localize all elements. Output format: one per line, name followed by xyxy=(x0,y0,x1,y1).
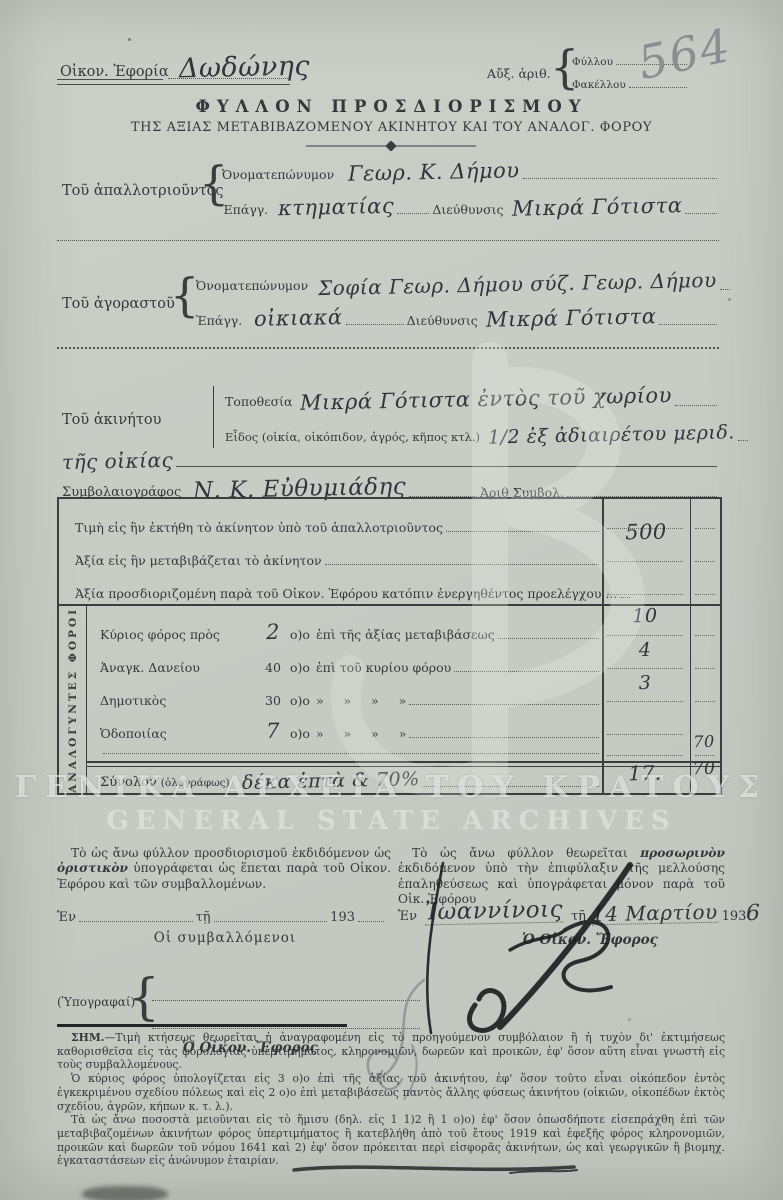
property-kind-line: Εἶδος (οἰκία, οἰκόπιδον, ἀγρός, κῆπος κτ… xyxy=(225,418,720,444)
office-line: Οἰκον. Ἐφορία Δωδώνης xyxy=(60,50,310,80)
property-section-label: Τοῦ ἀκινήτου xyxy=(62,412,161,428)
section-divider-dotted xyxy=(57,240,719,241)
signatures-label: (Ὑπογραφαί) xyxy=(57,995,135,1009)
form-subtitle: ΤΗΣ ΑΞΙΑΣ ΜΕΤΑΒΙΒΑΖΟΜΕΝΟΥ ΑΚΙΝΗΤΟΥ ΚΑΙ Τ… xyxy=(0,120,783,135)
tax-amount-handwritten: 3 xyxy=(607,674,683,693)
ti-label: τῇ xyxy=(196,910,211,925)
certify-left-pre: Τὸ ὡς ἄνω φύλλον προσδιορισμοῦ ἐκδιδόμεν… xyxy=(71,846,391,860)
property-location-handwritten: Μικρά Γότιστα ἐντὸς τοῦ χωρίου xyxy=(300,386,672,413)
tax-unit: ο)ο xyxy=(290,693,310,708)
file-number-handwritten: 564 xyxy=(635,25,735,85)
total-label-paren: (ὁλογράφως) xyxy=(161,777,230,789)
kind-label: Εἶδος (οἰκία, οἰκόπιδον, ἀγρός, κῆπος κτ… xyxy=(225,430,480,444)
tax-name: Κύριος φόρος πρὸς xyxy=(100,627,258,642)
solid-line xyxy=(176,466,717,467)
row-label: Ἀξία προσδιοριζομένη παρὰ τοῦ Οἰκον. Ἐφό… xyxy=(75,586,617,601)
dotted-leader xyxy=(103,753,599,754)
tax-name: Δημοτικὸς xyxy=(100,693,258,708)
year-label: 193 xyxy=(722,909,747,924)
property-kind-cont-handwritten: τῆς οἰκίας xyxy=(62,451,174,471)
dotted-leader xyxy=(79,921,193,922)
buyer-name-handwritten: Σοφία Γεωρ. Δήμου σύζ. Γεωρ. Δήμου xyxy=(318,271,717,297)
sheet-label: Φύλλου xyxy=(572,56,613,68)
cents-dotted xyxy=(695,668,715,669)
note-paragraph: ΣΗΜ.—Τιμὴ κτήσεως θεωρεῖται ἡ ἀναγραφομέ… xyxy=(57,1031,725,1072)
buyer-occupation-handwritten: οἰκιακά xyxy=(254,308,343,329)
total-row: Σύνολον (ὁλογράφως) δέκα ἑπτὰ & 70% xyxy=(86,765,602,790)
dotted-leader xyxy=(358,921,384,922)
strike-mark xyxy=(290,1158,580,1180)
note-label: ΣΗΜ. xyxy=(71,1031,105,1044)
note-p1: —Τιμὴ κτήσεως θεωρεῖται ἡ ἀναγραφομένη ε… xyxy=(57,1031,725,1071)
tax-row: Κύριος φόρος πρὸς 2 ο)ο ἐπὶ τῆς ἀξίας με… xyxy=(86,612,602,642)
side-label-cell: ΑΝΑΛΟΓΥΝΤΕΣ ΦΟΡΟΙ xyxy=(59,606,87,793)
aux-number-label: Αὔξ. ἀριθ. xyxy=(487,66,551,81)
note-block: ΣΗΜ.—Τιμὴ κτήσεως θεωρεῖται ἡ ἀναγραφομέ… xyxy=(57,1031,725,1168)
seller-occupation-line: Ἐπάγγ. κτηματίας Διεύθυνσις Μικρά Γότιστ… xyxy=(222,192,720,217)
dotted-leader xyxy=(346,324,404,325)
cents-dotted xyxy=(695,701,715,702)
leader-row xyxy=(86,737,602,757)
dotted-leader xyxy=(422,786,599,787)
dotted-leader xyxy=(738,440,748,441)
form-title: ΦΥΛΛΟΝ ΠΡΟΣΔΙΟΡΙΣΜΟΥ xyxy=(0,97,783,116)
cents-dotted xyxy=(695,528,715,529)
seller-address-handwritten: Μικρά Γότιστα xyxy=(511,196,682,218)
dotted-leader xyxy=(454,671,599,672)
watermark-text-english: GENERAL STATE ARCHIVES xyxy=(0,806,783,836)
tax-rate-handwritten: 2 xyxy=(258,623,288,643)
dotted-leader xyxy=(675,405,717,406)
office-underline-2 xyxy=(57,84,290,85)
note-p2: Ὁ κύριος φόρος ὑπολογίζεται εἰς 3 ο)ο ἐπ… xyxy=(57,1072,725,1112)
total-words-handwritten: δέκα ἑπτὰ & 70% xyxy=(241,771,419,792)
value-dotted xyxy=(607,594,683,595)
certify-left-bold: ὁριστικὸν xyxy=(57,861,128,875)
tax-rate: 30 xyxy=(258,693,288,708)
value-dotted xyxy=(607,701,683,702)
row-label: Ἀξία εἰς ἣν μεταβιβάζεται τὸ ἀκίνητον xyxy=(75,553,322,568)
office-underline xyxy=(57,79,163,80)
year-suffix-handwritten: 6 xyxy=(746,904,761,924)
tax-cents-handwritten: 70 xyxy=(691,735,717,750)
dotted-leader xyxy=(685,213,717,214)
location-label: Τοποθεσία xyxy=(225,394,292,409)
name-label: Ὀνοματεπώνυμον xyxy=(222,167,334,182)
table-row: Ἀξία προσδιοριζομένη παρὰ τοῦ Οἰκον. Ἐφό… xyxy=(59,571,602,601)
address-label: Διεύθυνσις xyxy=(407,313,478,328)
tax-rate: 40 xyxy=(258,660,288,675)
dotted-leader xyxy=(523,178,717,179)
cents-dotted xyxy=(695,594,715,595)
dotted-leader xyxy=(214,921,328,922)
signatures-brace: { xyxy=(128,972,160,1022)
table-row: Τιμὴ εἰς ἣν ἐκτήθη τὸ ἀκίνητον ὑπὸ τοῦ ἀ… xyxy=(59,505,602,535)
note-heavy-rule xyxy=(57,1024,347,1027)
tax-basis: ἐπὶ τῆς ἀξίας μεταβιβάσεως xyxy=(316,627,495,642)
tax-row: Ἀναγκ. Δανείου 40 ο)ο ἐπὶ τοῦ κυρίου φόρ… xyxy=(86,645,602,675)
row-label: Τιμὴ εἰς ἣν ἐκτήθη τὸ ἀκίνητον ὑπὸ τοῦ ἀ… xyxy=(75,520,443,535)
tax-amount-handwritten: 10 xyxy=(607,607,683,626)
address-label: Διεύθυνσις xyxy=(432,202,503,217)
year-label: 193 xyxy=(330,910,355,925)
buyer-occupation-line: Ἐπάγγ. οἰκιακά Διεύθυνσις Μικρά Γότιστα xyxy=(196,303,720,328)
total-label: Σύνολον xyxy=(100,775,157,790)
tax-row: Δημοτικὸς 30 ο)ο » » » » xyxy=(86,678,602,708)
value-dotted xyxy=(607,561,683,562)
date-line-left: Ἐν τῇ 193 xyxy=(57,905,387,925)
scan-speck xyxy=(128,38,131,41)
property-location-line: Τοποθεσία Μικρά Γότιστα ἐντὸς τοῦ χωρίου xyxy=(225,383,720,409)
value-dotted xyxy=(607,734,683,735)
en-label: Ἐν xyxy=(57,910,76,925)
value-dotted xyxy=(607,668,683,669)
occupation-label: Ἐπάγγ. xyxy=(196,313,242,328)
cents-dotted xyxy=(695,561,715,562)
dotted-leader xyxy=(498,638,599,639)
total-value-handwritten: 17. xyxy=(607,763,683,783)
value-dotted xyxy=(607,755,683,756)
section-divider-dotted xyxy=(57,347,719,349)
table-section-separator xyxy=(59,604,720,606)
buyer-address-handwritten: Μικρά Γότιστα xyxy=(486,307,657,329)
dotted-leader xyxy=(720,289,730,290)
seller-occupation-handwritten: κτηματίας xyxy=(278,197,394,218)
note-paragraph: Ὁ κύριος φόρος ὑπολογίζεται εἰς 3 ο)ο ἐπ… xyxy=(57,1072,725,1113)
declared-value-handwritten: 500 xyxy=(607,522,685,543)
valuation-table: Τιμὴ εἰς ἣν ἐκτήθη τὸ ἀκίνητον ὑπὸ τοῦ ἀ… xyxy=(57,497,722,795)
tax-basis: ἐπὶ τοῦ κυρίου φόρου xyxy=(316,660,451,675)
table-row: Ἀξία εἰς ἣν μεταβιβάζεται τὸ ἀκίνητον xyxy=(59,538,602,568)
seller-name-line: Ὀνοματεπώνυμον Γεωρ. Κ. Δήμου xyxy=(222,158,720,182)
buyer-name-line: Ὀνοματεπώνυμον Σοφία Γεωρ. Δήμου σύζ. Γε… xyxy=(196,268,720,293)
value-column-divider xyxy=(602,499,604,793)
contracting-parties-title: Οἱ συμβαλλόμενοι xyxy=(110,930,340,946)
property-kind-continuation-line: τῆς οἰκίας xyxy=(62,446,720,470)
buyer-brace: { xyxy=(170,272,199,318)
tax-amount-handwritten: 4 xyxy=(607,641,683,660)
ephor-signature xyxy=(415,855,665,1040)
dotted-leader xyxy=(659,324,717,325)
notary-line: Συμβολαιογράφος Ν. Κ. Εὐθυμιάδης Ἀριθ Συ… xyxy=(62,472,720,500)
tax-name: Ἀναγκ. Δανείου xyxy=(100,660,258,675)
tax-unit: ο)ο xyxy=(290,627,310,642)
seller-name-handwritten: Γεωρ. Κ. Δήμου xyxy=(348,161,520,183)
tax-basis: » » » » xyxy=(316,693,407,708)
property-bracket xyxy=(213,386,214,448)
dotted-leader xyxy=(620,597,630,598)
dotted-leader xyxy=(409,704,599,705)
total-cents-handwritten: 70 xyxy=(689,762,719,778)
cents-dotted xyxy=(695,755,715,756)
dotted-leader xyxy=(325,564,599,565)
scan-artifact xyxy=(82,1186,168,1200)
occupation-label: Ἐπάγγ. xyxy=(222,202,268,217)
tax-unit: ο)ο xyxy=(290,660,310,675)
property-kind-handwritten: 1/2 ἐξ ἀδιαιρέτου μεριδ. xyxy=(488,424,735,446)
office-dotted-line xyxy=(168,78,288,79)
folder-label: Φακέλλου xyxy=(572,79,626,91)
office-label: Οἰκον. Ἐφορία xyxy=(60,64,169,80)
dotted-leader xyxy=(446,531,599,532)
dotted-leader xyxy=(397,213,429,214)
divider-ornament xyxy=(306,141,476,151)
buyer-section-label: Τοῦ ἀγοραστοῦ xyxy=(62,296,175,312)
scanned-form-page: Οἰκον. Ἐφορία Δωδώνης Αὔξ. ἀριθ. { Φύλλο… xyxy=(0,0,783,1200)
certify-left-paragraph: Τὸ ὡς ἄνω φύλλον προσδιορισμοῦ ἐκδιδόμεν… xyxy=(57,846,391,892)
taxes-side-label: ΑΝΑΛΟΓΥΝΤΕΣ ΦΟΡΟΙ xyxy=(67,607,79,793)
name-label: Ὀνοματεπώνυμον xyxy=(196,278,308,293)
value-dotted xyxy=(607,635,683,636)
cents-dotted xyxy=(695,635,715,636)
